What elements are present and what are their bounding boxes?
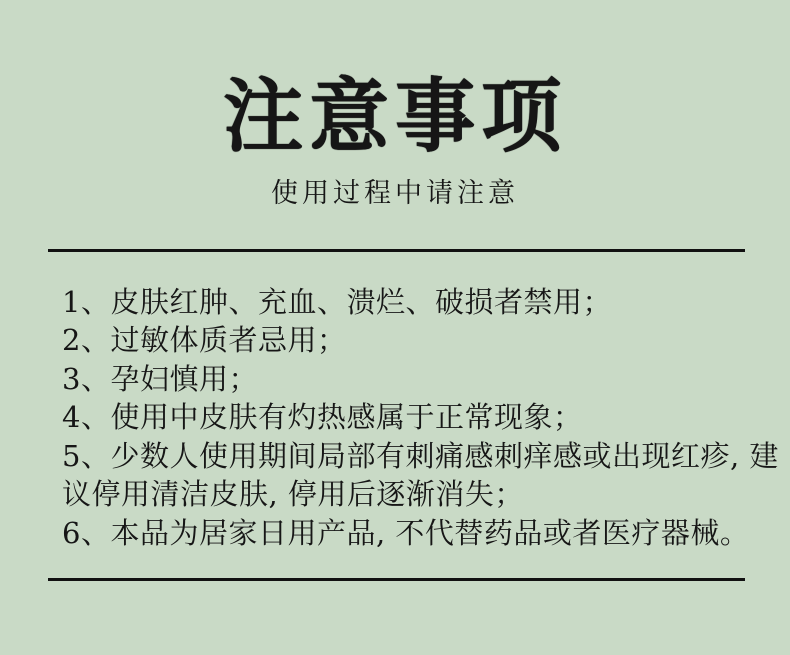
bottom-divider-rule: [48, 578, 745, 581]
notice-line-1: 1、皮肤红肿、充血、溃烂、破损者禁用；: [62, 283, 760, 322]
notice-line-3: 3、孕妇慎用；: [62, 360, 760, 399]
poster-subtitle: 使用过程中请注意: [0, 178, 790, 210]
poster-title: 注意事项: [0, 0, 790, 162]
notice-line-5-continued: 议停用清洁皮肤, 停用后逐渐消失；: [62, 475, 760, 514]
notice-line-2: 2、过敏体质者忌用；: [62, 321, 760, 360]
notice-list: 1、皮肤红肿、充血、溃烂、破损者禁用； 2、过敏体质者忌用； 3、孕妇慎用； 4…: [0, 283, 790, 553]
notice-line-6: 6、本品为居家日用产品, 不代替药品或者医疗器械。: [62, 514, 760, 553]
notice-line-4: 4、使用中皮肤有灼热感属于正常现象；: [62, 398, 760, 437]
top-divider-rule: [48, 249, 745, 252]
precautions-poster: 注意事项 使用过程中请注意 1、皮肤红肿、充血、溃烂、破损者禁用； 2、过敏体质…: [0, 0, 790, 655]
notice-line-5: 5、少数人使用期间局部有刺痛感刺痒感或出现红疹, 建: [62, 437, 760, 476]
